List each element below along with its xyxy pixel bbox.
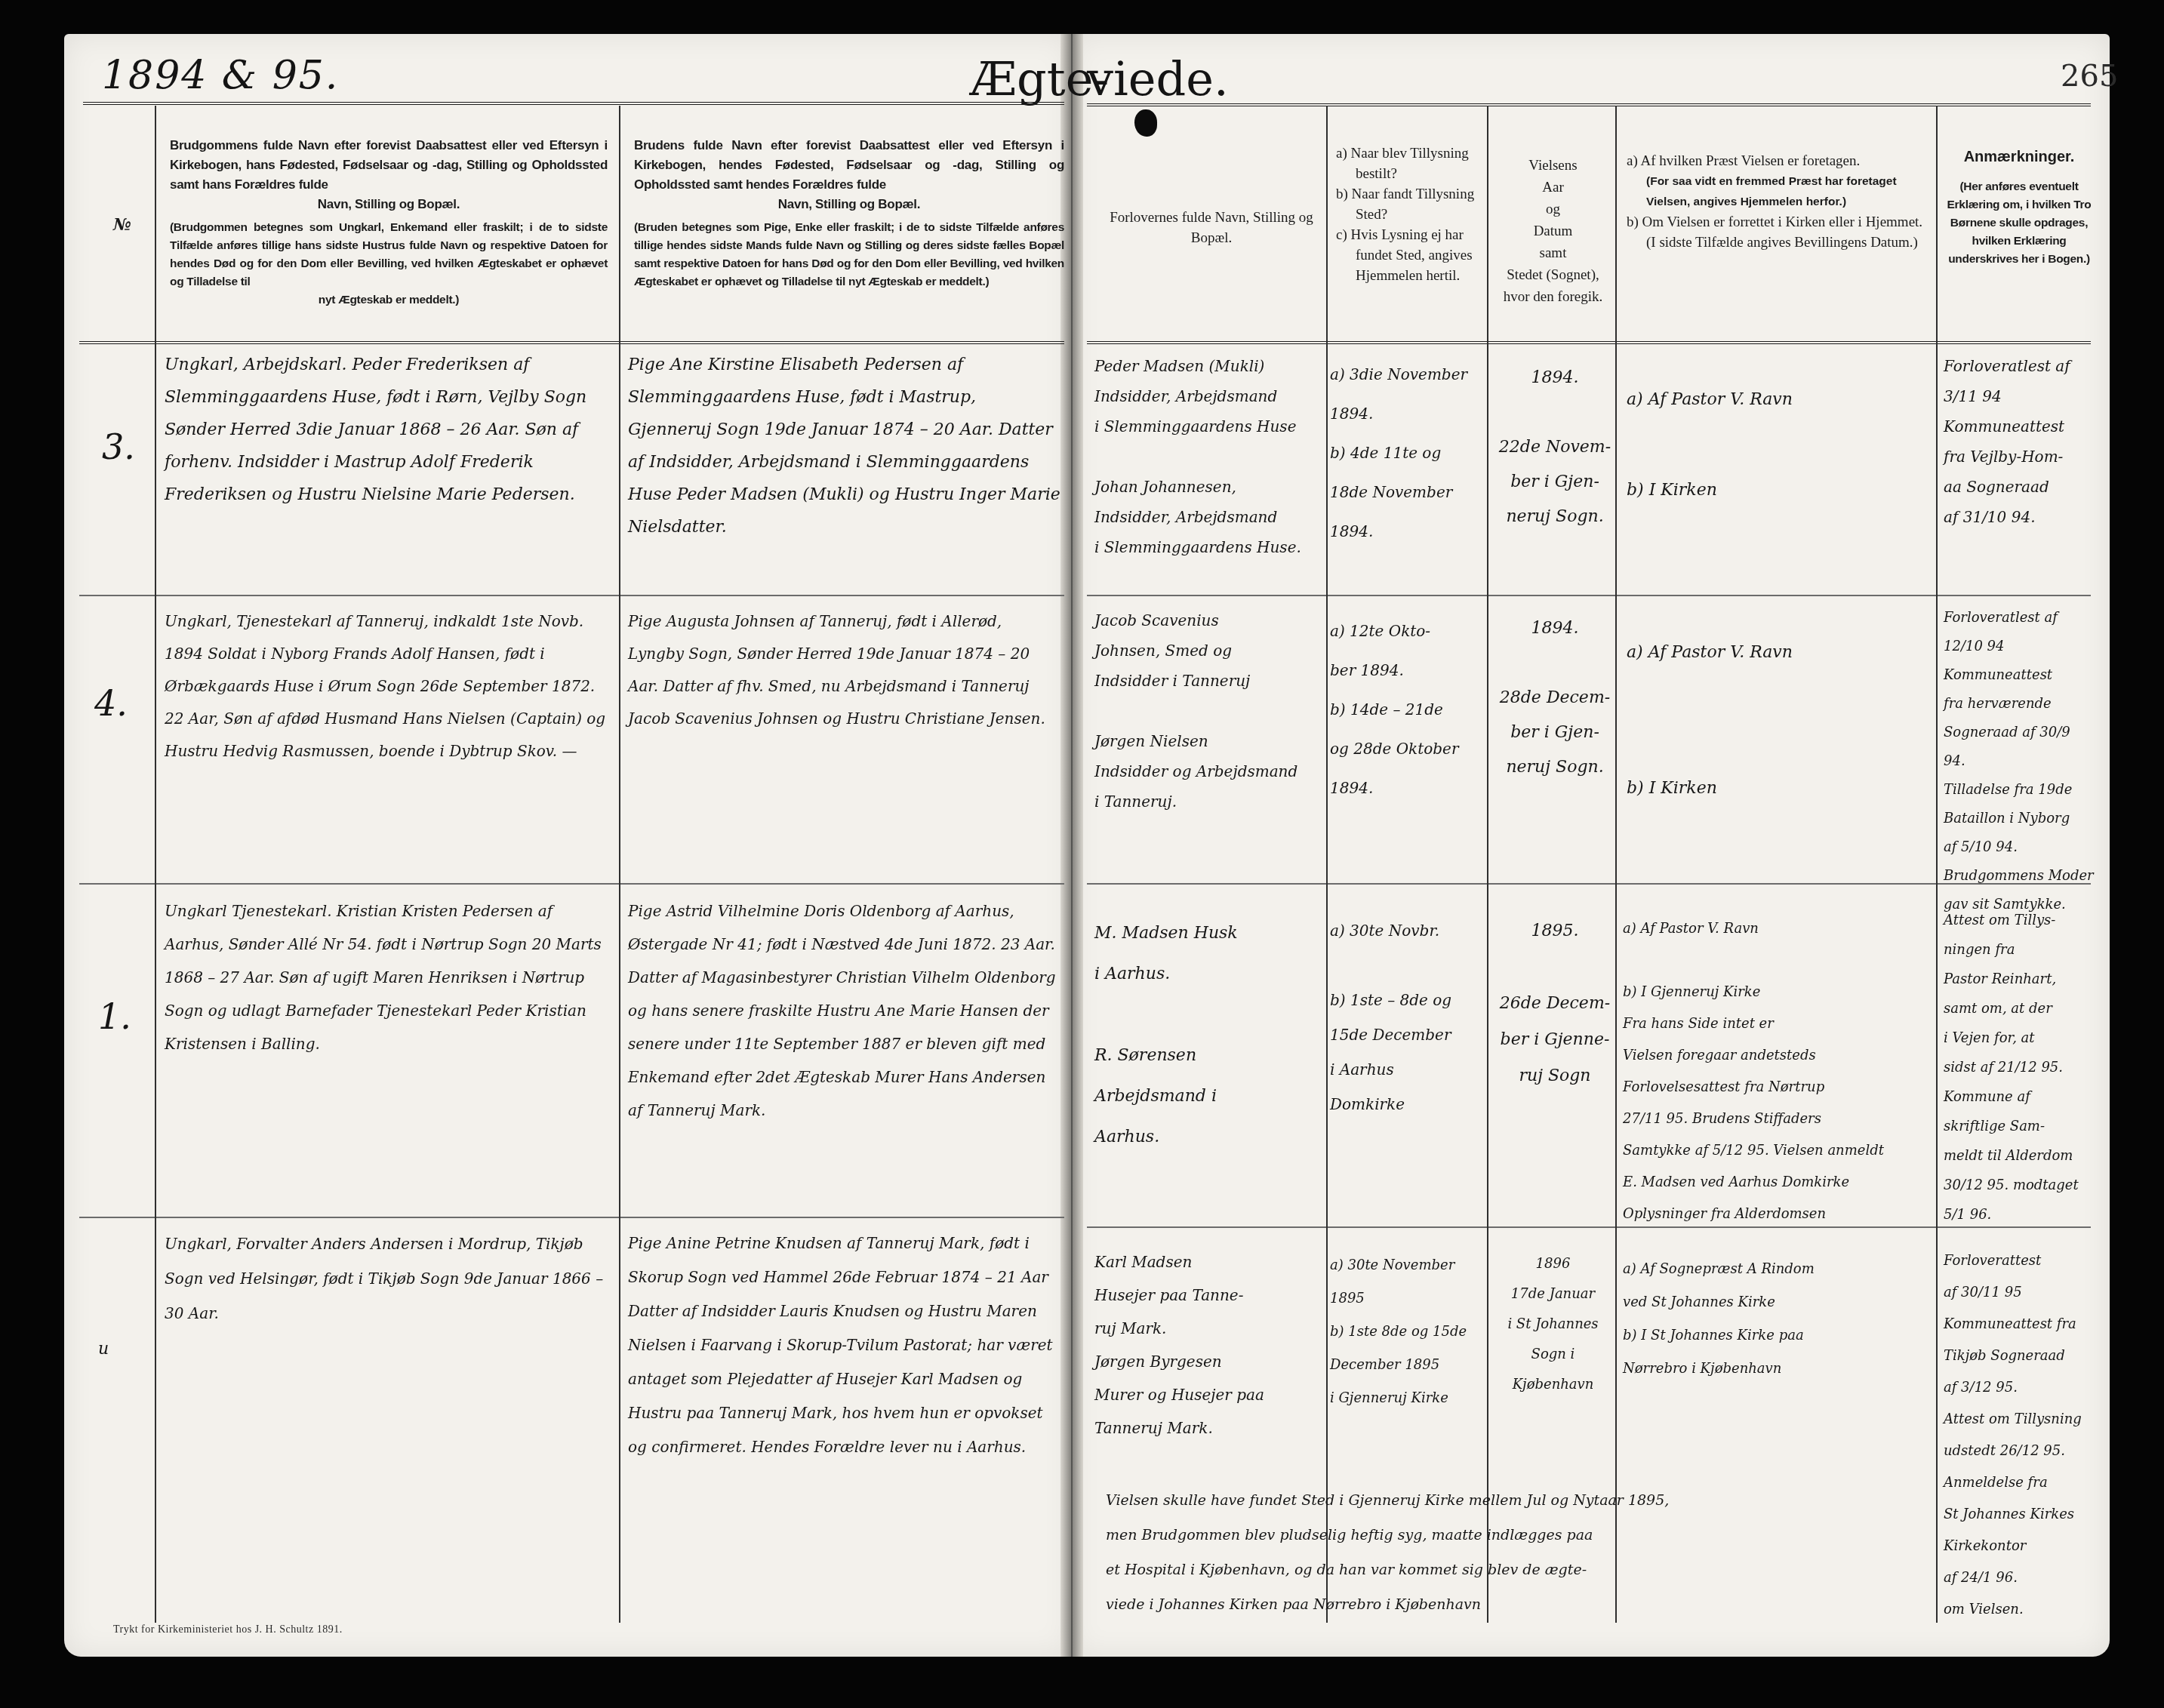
- entry-bride: Pige Astrid Vilhelmine Doris Oldenborg a…: [628, 894, 1062, 1127]
- entry-remarks: Forloveratlest af 3/11 94 Kommuneattest …: [1944, 351, 2095, 532]
- column-line: [1936, 106, 1938, 1623]
- entry-witnesses: Jacob Scavenius Johnsen, Smed og Indsidd…: [1094, 605, 1321, 817]
- entry-remarks: Attest om Tillys- ningen fra Pastor Rein…: [1944, 906, 2095, 1229]
- entry-number: 4.: [94, 683, 128, 724]
- banns-header-c: c) Hvis Lysning ej har fundet Sted, angi…: [1336, 225, 1483, 286]
- entry-marginal-note: Vielsen skulle have fundet Sted i Gjenne…: [1106, 1483, 1929, 1622]
- column-header-banns: a) Naar blev Tillysning bestilt? b) Naar…: [1336, 143, 1483, 286]
- entry-number: u: [98, 1340, 109, 1359]
- top-rule-left: [83, 102, 1064, 105]
- entry-wedding: 1896 17de Januar i St Johannes Sogn i Kj…: [1491, 1249, 1615, 1400]
- entry-witnesses: M. Madsen Husk i Aarhus. R. Sørensen Arb…: [1094, 913, 1321, 1158]
- wedding-header-line: Aar: [1491, 177, 1615, 198]
- column-line: [619, 106, 620, 1623]
- priest-header-b-note: (I sidste Tilfælde angives Bevillingens …: [1627, 232, 1929, 253]
- entry-priest: a) Af Sognepræst A Rindom ved St Johanne…: [1623, 1253, 1932, 1386]
- entry-priest: a) Af Pastor V. Ravn b) I Gjenneruj Kirk…: [1623, 913, 1940, 1230]
- entry-banns: a) 3die November 1894. b) 4de 11te og 18…: [1330, 355, 1485, 551]
- entry-bride: Pige Anine Petrine Knudsen af Tanneruj M…: [628, 1226, 1062, 1464]
- column-line: [1615, 106, 1617, 1623]
- entry-bride: Pige Ane Kirstine Elisabeth Pedersen af …: [628, 349, 1062, 543]
- groom-header-main: Brudgommens fulde Navn efter forevist Da…: [170, 136, 608, 195]
- priest-header-a: a) Af hvilken Præst Vielsen er foretagen…: [1627, 151, 1929, 171]
- top-rule-right: [1087, 103, 2091, 106]
- column-line: [1326, 106, 1328, 1623]
- entry-wedding: 1894. 28de Decem- ber i Gjen- neruj Sogn…: [1498, 611, 1611, 785]
- entry-remarks: Forloveratlest af 12/10 94 Kommuneattest…: [1944, 604, 2095, 919]
- entry-groom: Ungkarl, Arbejdskarl. Peder Frederiksen …: [165, 349, 610, 511]
- entry-witnesses: Karl Madsen Husejer paa Tanne- ruj Mark.…: [1094, 1245, 1321, 1445]
- row-divider: [1087, 1226, 2091, 1228]
- wedding-header-line: Datum: [1491, 220, 1615, 242]
- entry-banns: a) 30te November 1895 b) 1ste 8de og 15d…: [1330, 1249, 1485, 1415]
- entry-witnesses: Peder Madsen (Mukli) Indsidder, Arbejdsm…: [1094, 351, 1321, 562]
- printer-imprint: Trykt for Kirkeministeriet hos J. H. Sch…: [113, 1624, 343, 1636]
- entry-wedding: 1894. 22de Novem- ber i Gjen- neruj Sogn…: [1498, 361, 1611, 534]
- wedding-header-line: Stedet (Sognet),: [1491, 264, 1615, 286]
- entry-bride: Pige Augusta Johnsen af Tanneruj, født i…: [628, 605, 1062, 735]
- remarks-header-note: (Her anføres eventuelt Erklæring om, i h…: [1944, 178, 2095, 269]
- remarks-header-title: Anmærkninger.: [1944, 147, 2095, 168]
- groom-header-note: (Brudgommen betegnes som Ungkarl, Enkema…: [170, 219, 608, 291]
- priest-header-a-note: (For saa vidt en fremmed Præst har foret…: [1627, 171, 1929, 212]
- ink-blot-mark: [1134, 109, 1157, 137]
- bride-header-main: Brudens fulde Navn efter forevist Daabsa…: [634, 136, 1064, 195]
- column-header-remarks: Anmærkninger. (Her anføres eventuelt Erk…: [1944, 147, 2095, 269]
- year-label: 1894 & 95.: [102, 53, 339, 98]
- entry-number: 3.: [102, 426, 135, 467]
- column-header-bride: Brudens fulde Navn efter forevist Daabsa…: [634, 136, 1064, 291]
- banns-header-a: a) Naar blev Tillysning bestilt?: [1336, 143, 1483, 184]
- entry-banns: a) 30te Novbr. b) 1ste – 8de og 15de Dec…: [1330, 913, 1485, 1122]
- column-header-priest: a) Af hvilken Præst Vielsen er foretagen…: [1627, 151, 1929, 253]
- entry-priest: a) Af Pastor V. Ravn b) I Kirken: [1627, 630, 1929, 811]
- column-line: [1487, 106, 1488, 1623]
- header-rule-right: [1087, 341, 2091, 344]
- priest-header-b: b) Om Vielsen er forrettet i Kirken elle…: [1627, 212, 1929, 232]
- bride-header-main-end: Navn, Stilling og Bopæl.: [634, 195, 1064, 214]
- row-divider: [1087, 595, 2091, 596]
- row-divider: [1087, 883, 2091, 885]
- entry-remarks: Forloverattest af 30/11 95 Kommuneattest…: [1944, 1245, 2095, 1626]
- wedding-header-line: samt: [1491, 242, 1615, 264]
- entry-groom: Ungkarl Tjenestekarl. Kristian Kristen P…: [165, 894, 610, 1060]
- entry-wedding: 1895. 26de Decem- ber i Gjenne- ruj Sogn: [1498, 913, 1611, 1094]
- wedding-header-line: Vielsens: [1491, 155, 1615, 177]
- entry-priest: a) Af Pastor V. Ravn b) I Kirken: [1627, 377, 1929, 513]
- row-divider: [79, 883, 1064, 885]
- entry-number: 1.: [98, 996, 131, 1037]
- page-number: 265: [2061, 59, 2118, 94]
- wedding-header-line: hvor den foregik.: [1491, 286, 1615, 308]
- wedding-header-line: og: [1491, 198, 1615, 220]
- row-divider: [79, 595, 1064, 596]
- banns-header-b: b) Naar fandt Tillysning Sted?: [1336, 184, 1483, 225]
- column-header-witnesses: Forlovernes fulde Navn, Stilling og Bopæ…: [1110, 208, 1313, 248]
- groom-header-note-end: nyt Ægteskab er meddelt.): [170, 291, 608, 309]
- column-header-number: №: [113, 215, 131, 235]
- column-line: [155, 106, 156, 1623]
- groom-header-main-end: Navn, Stilling og Bopæl.: [170, 195, 608, 214]
- row-divider: [79, 1217, 1064, 1218]
- entry-groom: Ungkarl, Forvalter Anders Andersen i Mor…: [165, 1226, 610, 1331]
- entry-banns: a) 12te Okto- ber 1894. b) 14de – 21de o…: [1330, 611, 1485, 808]
- header-rule-left: [79, 341, 1064, 344]
- entry-groom: Ungkarl, Tjenestekarl af Tanneruj, indka…: [165, 605, 610, 768]
- page-title-right: viede.: [1087, 51, 1229, 106]
- column-header-wedding-date: Vielsens Aar og Datum samt Stedet (Sogne…: [1491, 155, 1615, 308]
- bride-header-note: (Bruden betegnes som Pige, Enke eller fr…: [634, 219, 1064, 291]
- column-header-groom: Brudgommens fulde Navn efter forevist Da…: [170, 136, 608, 309]
